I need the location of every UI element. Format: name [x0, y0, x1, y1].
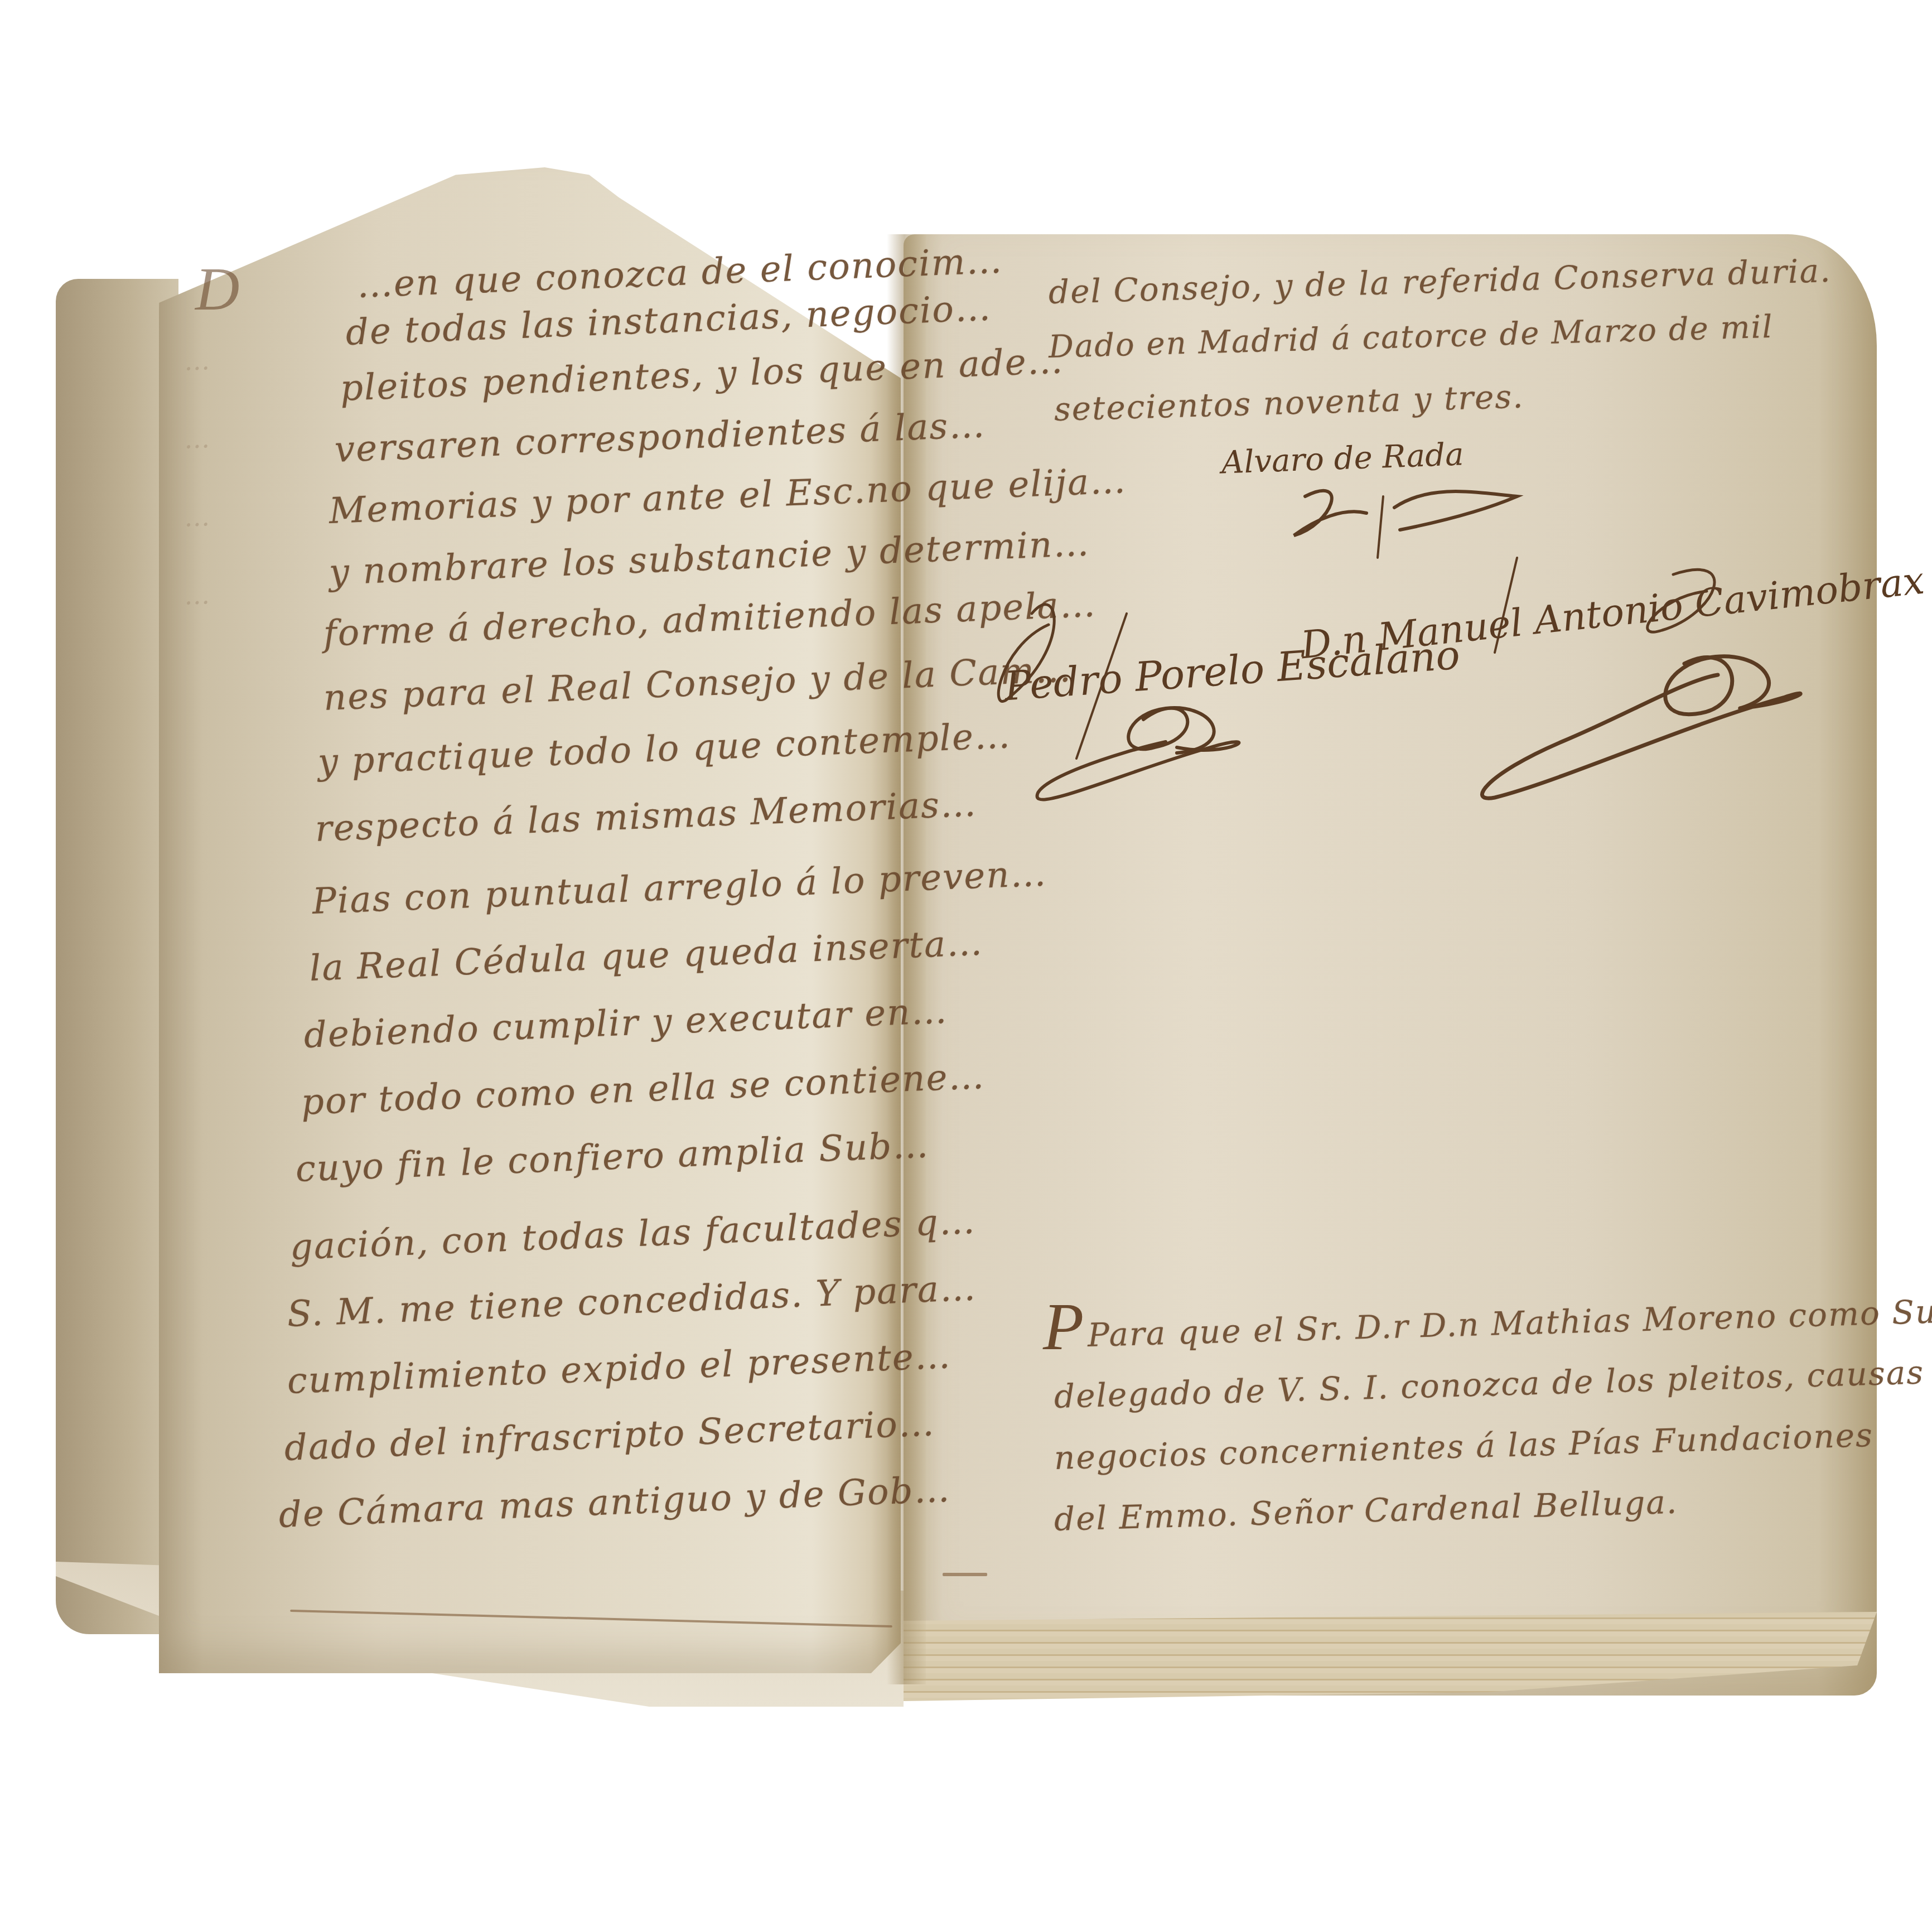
ink-mark	[943, 1573, 987, 1576]
manuscript-photo: … … … … D …en que conozca de el conocim……	[0, 0, 1932, 1932]
margin-note: …	[183, 579, 210, 611]
margin-note: …	[183, 345, 210, 376]
margin-note: …	[183, 423, 210, 455]
drop-cap: D	[195, 254, 239, 325]
signature-flourish-icon	[976, 580, 1366, 814]
drop-cap: P	[1043, 1288, 1084, 1365]
margin-note: …	[183, 501, 210, 533]
signature-flourish-icon	[1394, 547, 1841, 837]
